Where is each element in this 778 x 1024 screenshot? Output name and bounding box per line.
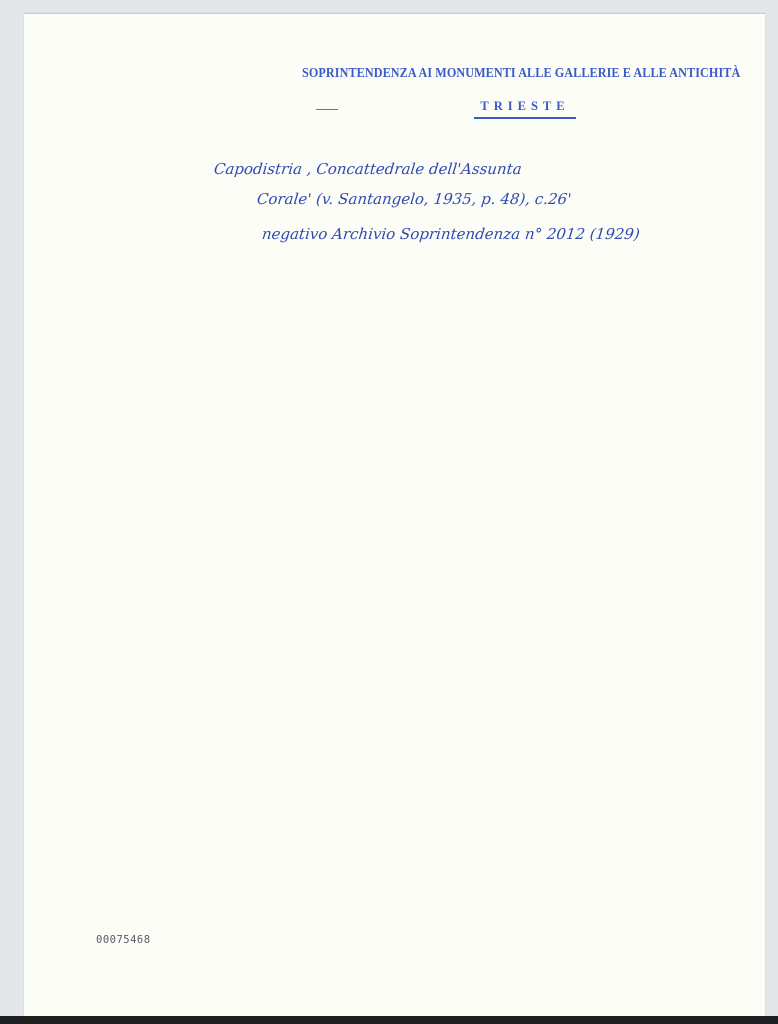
catalog-number: 00075468 — [96, 934, 151, 946]
handwritten-line-1: Capodistria , Concattedrale dell'Assunta — [213, 160, 523, 178]
stamp-institution-name: SOPRINTENDENZA AI MONUMENTI ALLE GALLERI… — [302, 65, 712, 81]
handwritten-line-3: negativo Archivio Soprintendenza n° 2012… — [261, 225, 641, 243]
stamp-mark — [316, 109, 338, 110]
institution-stamp: SOPRINTENDENZA AI MONUMENTI ALLE GALLERI… — [302, 65, 757, 81]
scan-border — [0, 1016, 778, 1024]
handwritten-line-2: Corale' (v. Santangelo, 1935, p. 48), c.… — [256, 190, 572, 208]
stamp-city: TRIESTE — [474, 99, 576, 119]
